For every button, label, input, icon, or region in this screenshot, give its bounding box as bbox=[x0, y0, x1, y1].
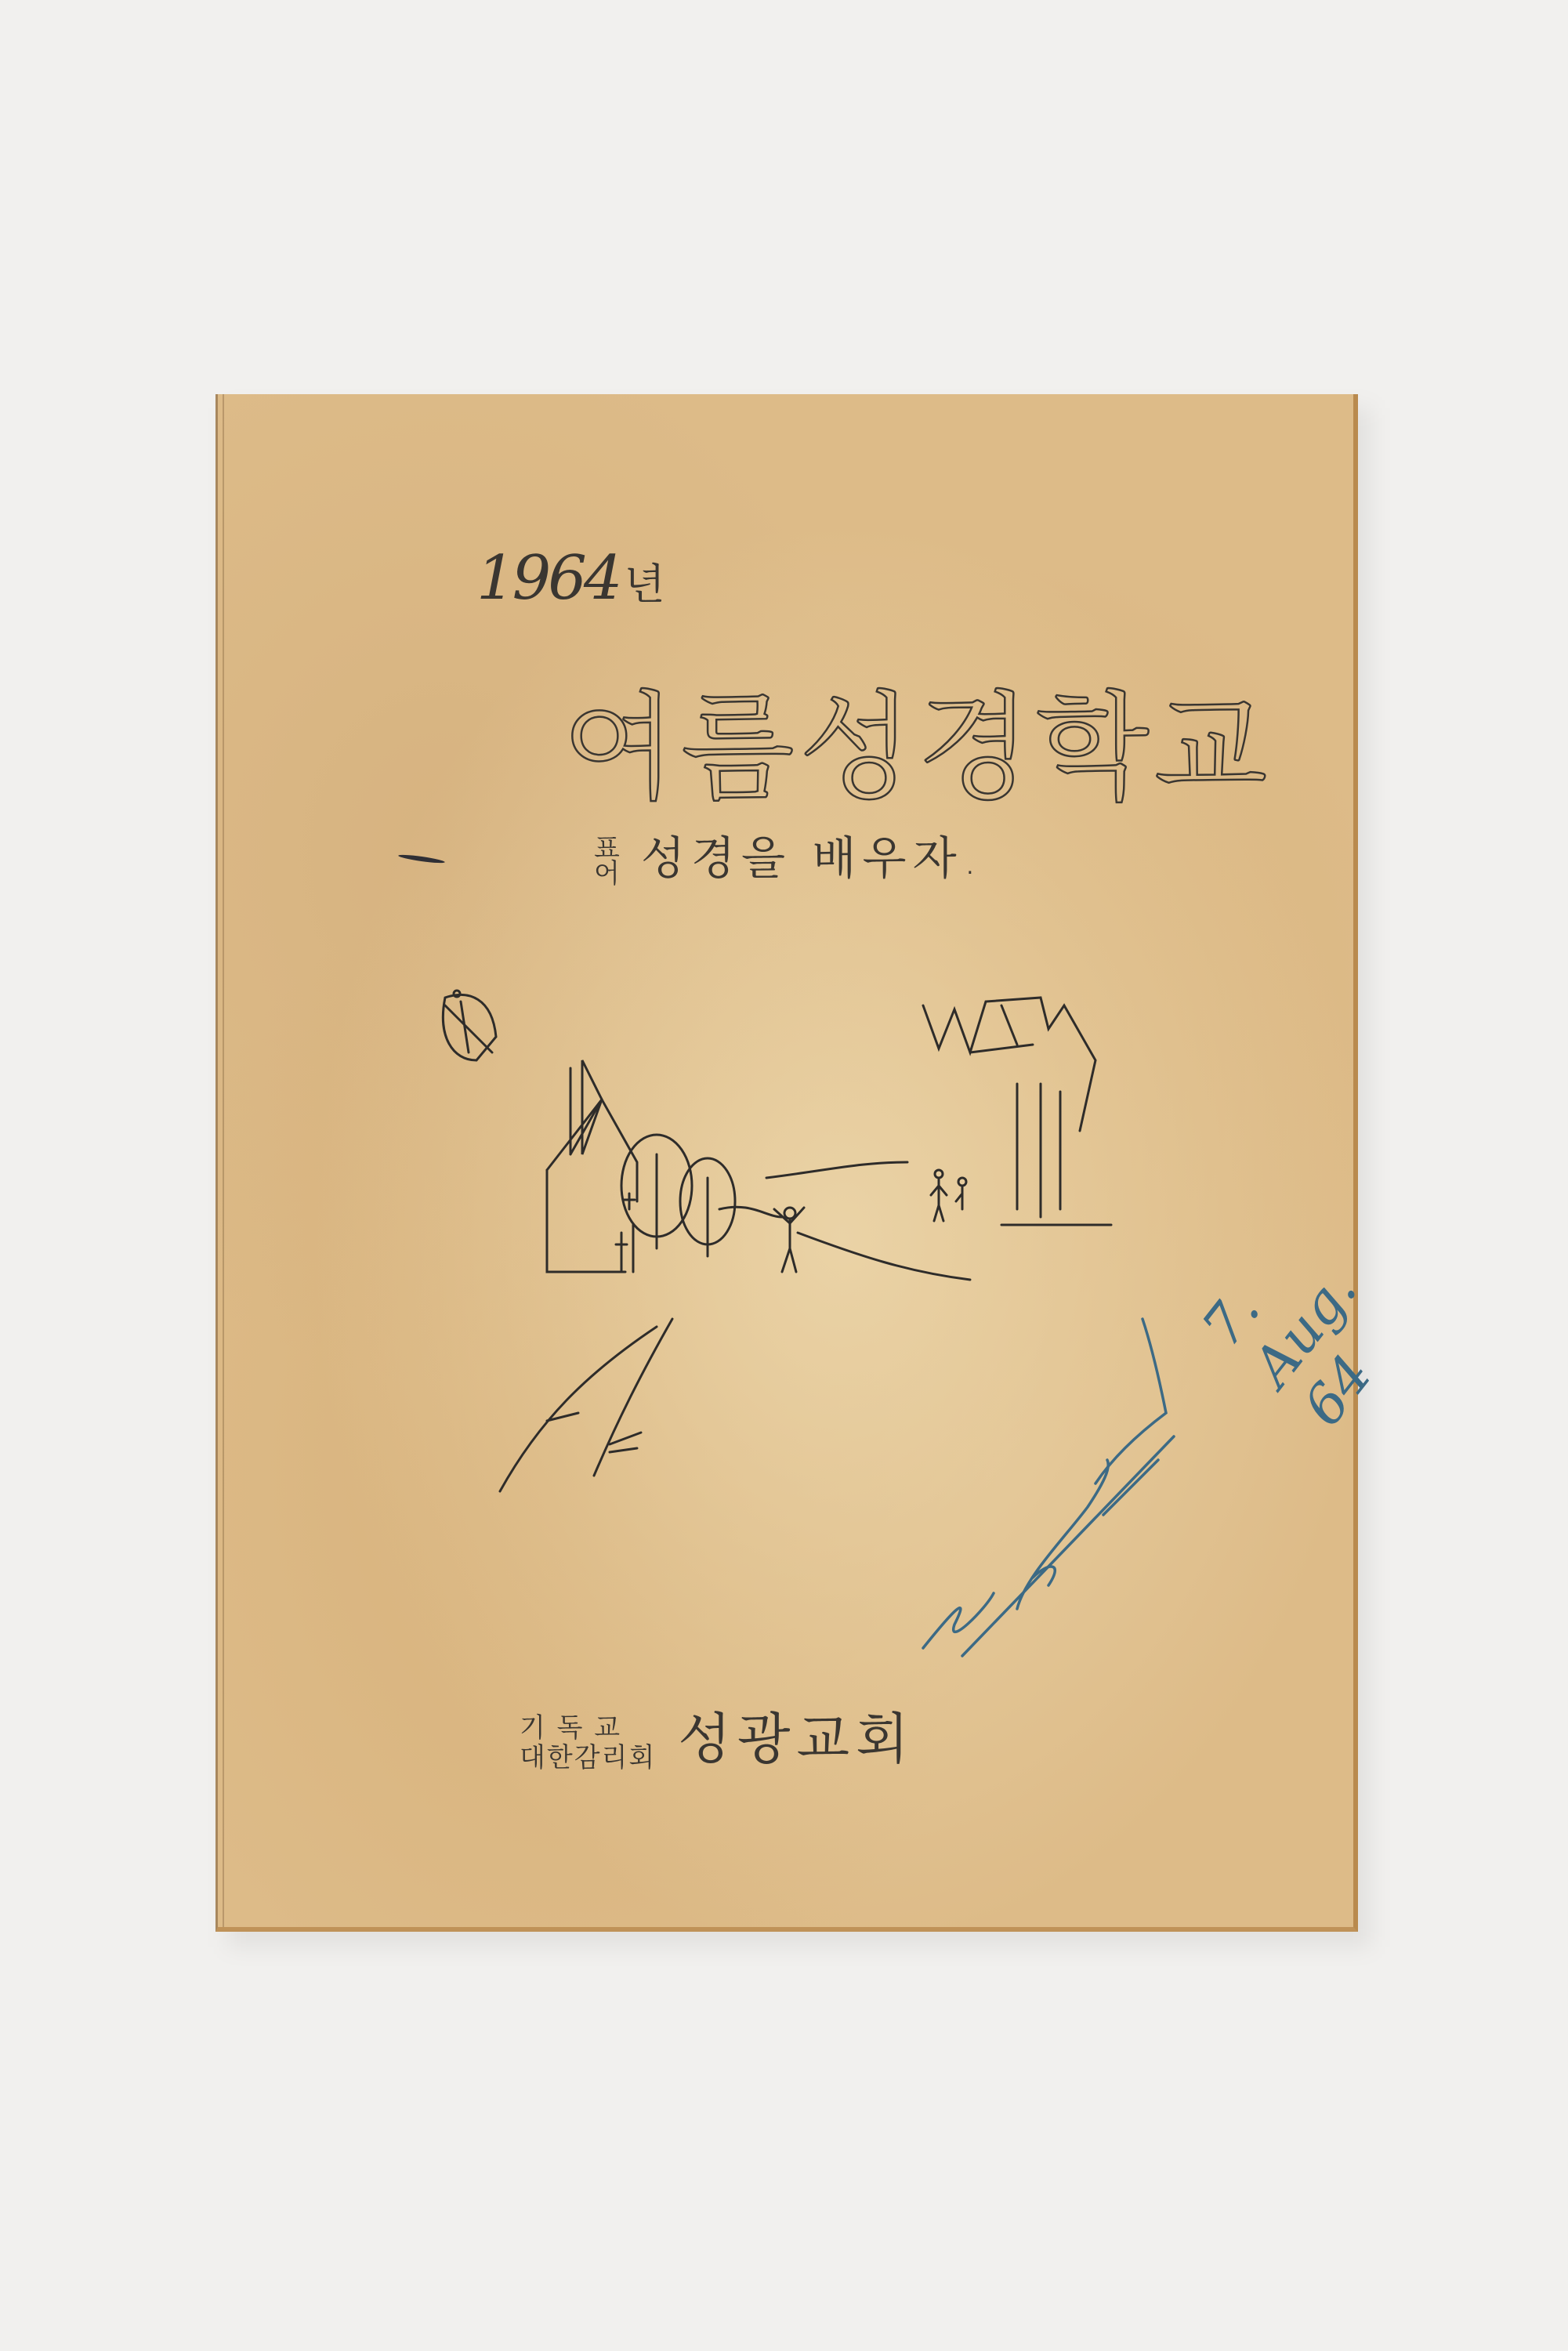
children-icon bbox=[931, 1170, 966, 1221]
slogan-label: 표어 bbox=[594, 836, 625, 886]
pencil-strokes-sketch bbox=[484, 1280, 688, 1499]
pencil-mark bbox=[398, 853, 445, 864]
leaf-icon bbox=[443, 991, 496, 1060]
church-name: 성광교회 bbox=[678, 1707, 914, 1771]
cover-title: 여름성경학교 bbox=[563, 653, 1272, 822]
booklet-cover: 1964년 여름성경학교 표어성경을 배우자. bbox=[215, 394, 1358, 1932]
year-number: 1964 bbox=[476, 543, 620, 614]
spine-edge bbox=[223, 394, 224, 1927]
denomination: 기 독 교 대한감리회 bbox=[520, 1713, 656, 1773]
year-label: 1964년 bbox=[476, 543, 662, 614]
denomination-line1: 기 독 교 bbox=[520, 1713, 656, 1743]
year-suffix: 년 bbox=[625, 560, 662, 609]
slogan-text: 성경을 배우자. bbox=[641, 831, 983, 885]
big-tree-icon bbox=[923, 998, 1111, 1225]
round-trees-icon bbox=[621, 1135, 735, 1256]
slogan: 표어성경을 배우자. bbox=[594, 821, 983, 887]
publisher: 기 독 교 대한감리회 성광교회 bbox=[520, 1695, 915, 1774]
denomination-line2: 대한감리회 bbox=[520, 1743, 656, 1773]
